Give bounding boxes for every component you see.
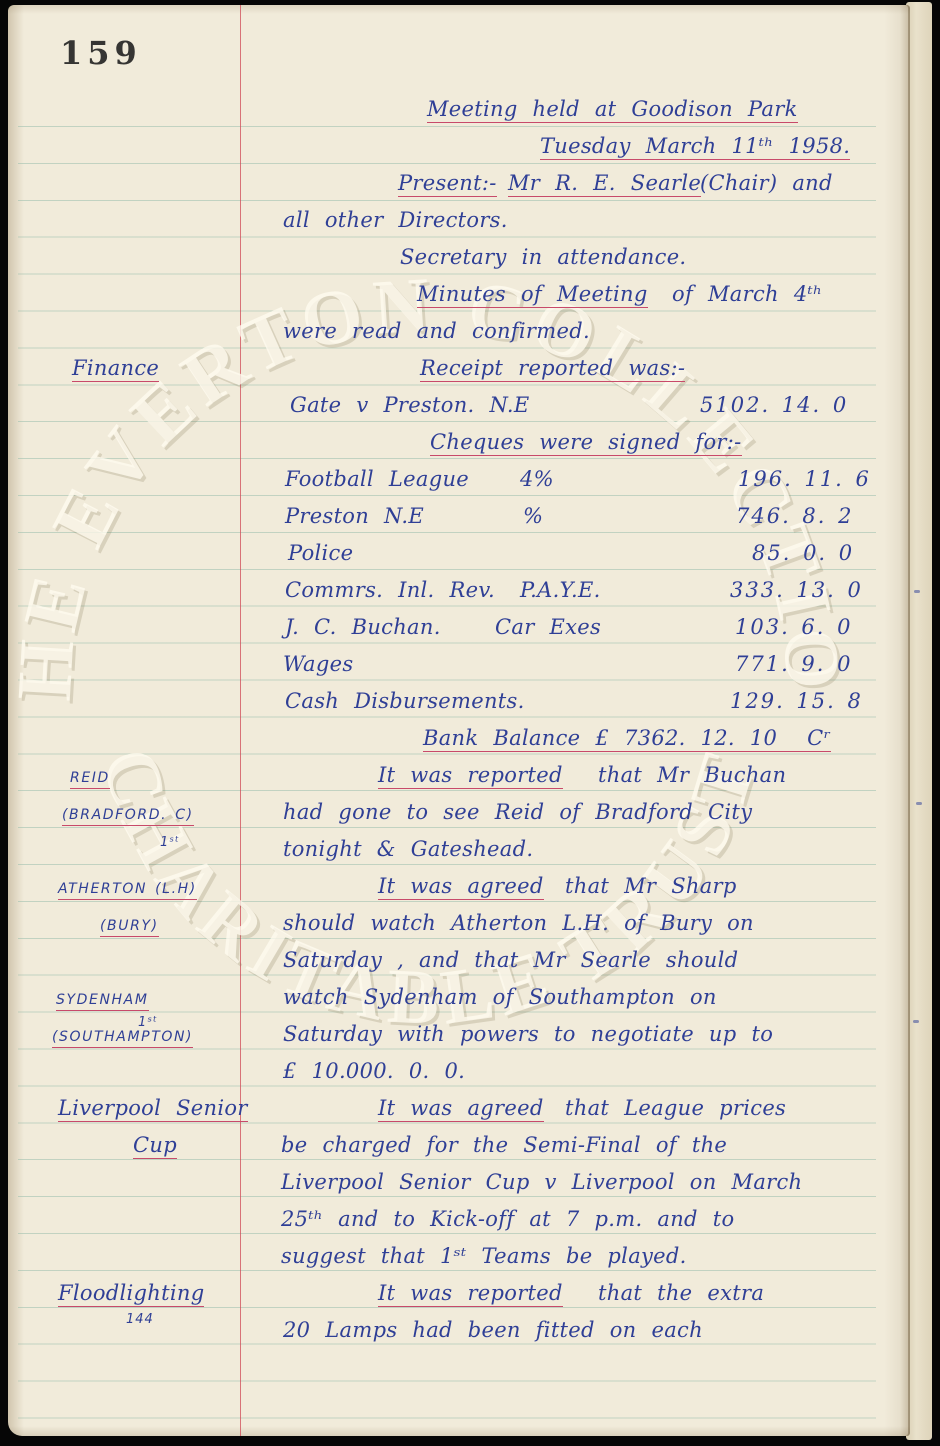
text-segment: Tuesday March 11ᵗʰ 1958.: [540, 134, 850, 160]
text-segment: It was agreed: [378, 1096, 544, 1122]
handwritten-line: Commrs. Inl. Rev.P.A.Y.E.333. 13. 0: [0, 568, 940, 605]
handwritten-line: (BURY)should watch Atherton L.H. of Bury…: [0, 901, 940, 938]
text-segment: of March 4ᵗʰ: [672, 282, 822, 306]
handwritten-line: (SOUTHAMPTON)Saturday with powers to neg…: [0, 1012, 940, 1049]
text-segment: Commrs. Inl. Rev.: [285, 578, 495, 602]
handwritten-line: FinanceReceipt reported was:-: [0, 346, 940, 383]
text-segment: Gate v Preston. N.E: [290, 393, 529, 417]
text-segment: £ 10.000. 0. 0.: [283, 1059, 465, 1083]
handwritten-line: Cupbe charged for the Semi-Final of the: [0, 1123, 940, 1160]
handwritten-line: suggest that 1ˢᵗ Teams be played.: [0, 1234, 940, 1271]
text-segment: tonight & Gateshead.: [283, 837, 533, 861]
handwritten-line: J. C. Buchan.Car Exes103. 6. 0: [0, 605, 940, 642]
handwritten-line: Saturday , and that Mr Searle should: [0, 938, 940, 975]
text-segment: It was reported: [378, 763, 563, 789]
amount-value: 196. 11. 6: [738, 467, 871, 491]
handwritten-line: Liverpool Senior Cup v Liverpool on Marc…: [0, 1160, 940, 1197]
amount-value: 85. 0. 0: [752, 541, 854, 565]
amount-value: 771. 9. 0: [735, 652, 853, 676]
text-segment: 20 Lamps had been fitted on each: [283, 1318, 703, 1342]
text-segment: Saturday with powers to negotiate up to: [283, 1022, 773, 1046]
handwritten-line: Wages771. 9. 0: [0, 642, 940, 679]
text-segment: be charged for the Semi-Final of the: [281, 1133, 727, 1157]
handwritten-line: £ 10.000. 0. 0.: [0, 1049, 940, 1086]
text-segment: Football League: [285, 467, 469, 491]
text-segment: all other Directors.: [283, 208, 508, 232]
text-segment: 25ᵗʰ and to Kick-off at 7 p.m. and to: [281, 1207, 734, 1231]
text-segment: Meeting held at Goodison Park: [427, 97, 798, 123]
handwritten-line: Meeting held at Goodison Park: [0, 87, 940, 124]
text-segment: Cash Disbursements.: [285, 689, 525, 713]
text-segment: were read and confirmed.: [283, 319, 590, 343]
amount-value: 129. 15. 8: [730, 689, 863, 713]
text-segment: %: [523, 504, 543, 528]
handwritten-line: Gate v Preston. N.E5102. 14. 0: [0, 383, 940, 420]
handwritten-line: Police85. 0. 0: [0, 531, 940, 568]
handwritten-line: Cheques were signed for:-: [0, 420, 940, 457]
text-segment: Car Exes: [495, 615, 601, 639]
handwritten-line: ATHERTON (L.H)It was agreedthat Mr Sharp: [0, 864, 940, 901]
text-segment: Saturday , and that Mr Searle should: [283, 948, 738, 972]
handwritten-line: Liverpool SeniorIt was agreedthat League…: [0, 1086, 940, 1123]
handwritten-line: Minutes of Meetingof March 4ᵗʰ: [0, 272, 940, 309]
text-segment: Liverpool Senior: [58, 1096, 248, 1122]
text-segment: that Mr Buchan: [598, 763, 786, 787]
text-segment: Present:-: [398, 171, 497, 197]
margin-label: ATHERTON (L.H): [58, 881, 197, 900]
text-segment: should watch Atherton L.H. of Bury on: [283, 911, 754, 935]
text-segment: Police: [288, 541, 353, 565]
text-segment: Liverpool Senior Cup v Liverpool on Marc…: [281, 1170, 802, 1194]
margin-label: REID: [70, 770, 110, 789]
minute-book-scan: THE EVERTON COLLECTION CHARITABLE TRUST …: [0, 0, 940, 1446]
handwriting-layer: Meeting held at Goodison ParkTuesday Mar…: [0, 0, 940, 1446]
handwritten-line: Bank Balance £ 7362. 12. 10 Cʳ: [0, 716, 940, 753]
text-segment: Cheques were signed for:-: [430, 430, 742, 456]
text-segment: that Mr Sharp: [565, 874, 737, 898]
handwritten-line: Secretary in attendance.: [0, 235, 940, 272]
text-segment: Mr R. E. Searle: [508, 171, 701, 197]
text-segment: that League prices: [565, 1096, 786, 1120]
handwritten-line: REIDIt was reportedthat Mr Buchan: [0, 753, 940, 790]
text-segment: Bank Balance £ 7362. 12. 10 Cʳ: [423, 726, 831, 752]
amount-value: 103. 6. 0: [735, 615, 853, 639]
text-segment: Receipt reported was:-: [420, 356, 685, 382]
margin-label: (BURY): [100, 918, 159, 937]
text-segment: Secretary in attendance.: [400, 245, 686, 269]
handwritten-line: all other Directors.: [0, 198, 940, 235]
text-segment: Wages: [283, 652, 353, 676]
handwritten-line: 20 Lamps had been fitted on each: [0, 1308, 940, 1345]
handwritten-line: were read and confirmed.: [0, 309, 940, 346]
amount-value: 333. 13. 0: [730, 578, 863, 602]
text-segment: 4%: [520, 467, 554, 491]
text-segment: J. C. Buchan.: [285, 615, 441, 639]
amount-value: 746. 8. 2: [736, 504, 854, 528]
text-segment: It was agreed: [378, 874, 544, 900]
text-segment: Preston N.E: [285, 504, 424, 528]
handwritten-line: Football League4%196. 11. 6: [0, 457, 940, 494]
handwritten-line: Tuesday March 11ᵗʰ 1958.: [0, 124, 940, 161]
text-segment: Minutes of Meeting: [417, 282, 648, 308]
handwritten-line: tonight & Gateshead.: [0, 827, 940, 864]
text-segment: P.A.Y.E.: [520, 578, 601, 602]
handwritten-line: Cash Disbursements.129. 15. 8: [0, 679, 940, 716]
text-segment: suggest that 1ˢᵗ Teams be played.: [281, 1244, 687, 1268]
handwritten-line: Present:-Mr R. E. Searle(Chair) and: [0, 161, 940, 198]
amount-value: 5102. 14. 0: [700, 393, 848, 417]
handwritten-line: Preston N.E%746. 8. 2: [0, 494, 940, 531]
text-segment: Cup: [133, 1133, 177, 1159]
handwritten-line: 25ᵗʰ and to Kick-off at 7 p.m. and to: [0, 1197, 940, 1234]
text-segment: (Chair) and: [700, 171, 833, 195]
margin-label: (SOUTHAMPTON): [52, 1029, 193, 1048]
text-segment: Finance: [72, 356, 159, 382]
